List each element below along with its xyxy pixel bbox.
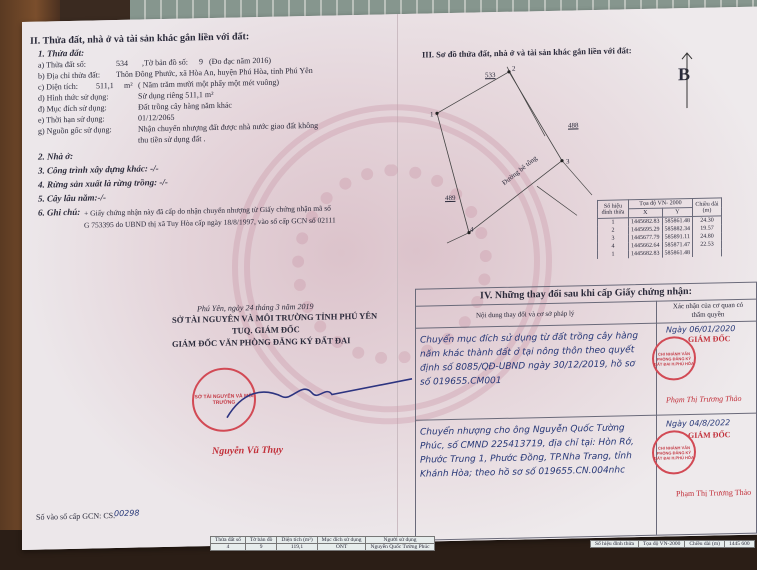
entry-2-stamp: CHI NHÁNH VĂN PHÒNG ĐĂNG KÝ ĐẤT ĐAI H.PH… (652, 430, 696, 475)
entry-1-stamp-text: CHI NHÁNH VĂN PHÒNG ĐĂNG KÝ ĐẤT ĐAI H.PH… (654, 350, 694, 366)
tuq-director: TUQ. GIÁM ĐỐC (232, 324, 300, 336)
bottom-header-area: Diện tích (m²) (277, 537, 317, 544)
entry-2-signer: Phạm Thị Trương Thảo (676, 487, 751, 500)
coordinate-cell-x: 1445682.83 (629, 250, 663, 259)
bottom-header-purpose: Mục đích sử dụng (317, 537, 366, 544)
bottom-cell-area: 119,1 (277, 544, 317, 551)
origin-label: g) Nguồn gốc sử dụng: (38, 124, 112, 137)
parcel-number-value: 534 (116, 58, 128, 69)
perennial-trees-item: 5. Cây lâu năm:-/- (38, 192, 106, 204)
col-confirm-header: Xác nhận của cơ quan có thẩm quyền (668, 301, 748, 321)
bottom-header-map: Tờ bản đồ (245, 537, 276, 544)
neighbor-533: 533 (485, 70, 496, 81)
use-purpose-value: Đất trồng cây hàng năm khác (138, 100, 232, 113)
parcel-diagram (417, 65, 597, 239)
entry-1-title: GIÁM ĐỐC (688, 333, 730, 345)
area-value: 511,1 (96, 80, 114, 91)
bottom-header-length: Chiều dài (m) (685, 541, 725, 548)
neighbor-489: 489 (445, 193, 456, 204)
entry-1-signer: Phạm Thị Trương Thảo (666, 393, 742, 406)
land-certificate: II. Thửa đất, nhà ở và tài sản khác gắn … (22, 7, 757, 550)
house-item: 2. Nhà ở: (38, 151, 73, 163)
coordinate-cell-len (693, 248, 722, 257)
point-4: 4 (470, 225, 474, 236)
bottom-cell-user: Nguyễn Quốc Tường Phúc (366, 544, 434, 551)
point-1: 1 (430, 109, 434, 120)
bottom-cell-parcel: 4 (211, 544, 246, 551)
bottom-sheet-coord-table: Số hiệu đỉnh thửa Tọa độ VN-2000 Chiều d… (590, 540, 755, 548)
area-label: c) Diện tích: (38, 81, 78, 93)
bottom-sheet-table: Thửa đất số Tờ bản đồ Diện tích (m²) Mục… (210, 536, 435, 551)
coordinate-table: Số hiệu đỉnh thửa Tọa độ VN- 2000 Chiều … (597, 197, 722, 259)
bottom-header-user: Người sử dụng (366, 537, 434, 544)
col-point: Số hiệu đỉnh thửa (598, 200, 629, 219)
bottom-header-parcel: Thửa đất số (211, 537, 246, 544)
area-unit: m² (124, 80, 133, 91)
signer-name: Nguyễn Vũ Thụy (212, 445, 283, 457)
bottom-cell-map: 9 (245, 544, 276, 551)
neighbor-488: 488 (568, 120, 579, 131)
register-number: 00298 (114, 508, 139, 520)
bottom-header-point: Số hiệu đỉnh thửa (591, 541, 639, 548)
north-arrow-icon (677, 53, 697, 113)
notes-label: 6. Ghi chú: (38, 207, 80, 219)
changes-table: IV. Những thay đổi sau khi cấp Giấy chứn… (415, 282, 757, 541)
bottom-cell-value: 1445 600 (724, 541, 754, 548)
coordinate-cell-p: 1 (598, 250, 629, 259)
coordinate-cell-y: 585861.48 (662, 249, 693, 258)
address-label: b) Địa chỉ thửa đất: (38, 69, 100, 81)
entry-2-stamp-text: CHI NHÁNH VĂN PHÒNG ĐĂNG KÝ ĐẤT ĐAI H.PH… (654, 444, 694, 460)
use-term-value: 01/12/2065 (138, 112, 174, 124)
change-entry-1: Chuyển mục đích sử dụng từ đất trồng cây… (420, 329, 638, 390)
entry-1-stamp: CHI NHÁNH VĂN PHÒNG ĐĂNG KÝ ĐẤT ĐAI H.PH… (652, 336, 696, 381)
entry-2-date: Ngày 04/8/2022 (666, 417, 730, 429)
point-2: 2 (512, 64, 516, 75)
origin-value-line2: thu tiền sử dụng đất . (138, 133, 205, 145)
director-signature (222, 369, 422, 433)
change-entry-2: Chuyển nhượng cho ông Nguyễn Quốc Tường … (420, 421, 634, 481)
entry-2-title: GIÁM ĐỐC (688, 429, 730, 441)
register-label: Số vào sổ cấp GCN: CS. (36, 510, 115, 523)
col-content-header: Nội dung thay đổi và cơ sở pháp lý (476, 308, 574, 321)
point-3: 3 (566, 157, 570, 168)
bottom-header-coord: Tọa độ VN-2000 (638, 541, 684, 548)
bottom-cell-purpose: ONT (317, 544, 366, 551)
map-sheet-value: 9 (199, 56, 203, 67)
col-length: Chiều dài (m) (693, 198, 722, 217)
